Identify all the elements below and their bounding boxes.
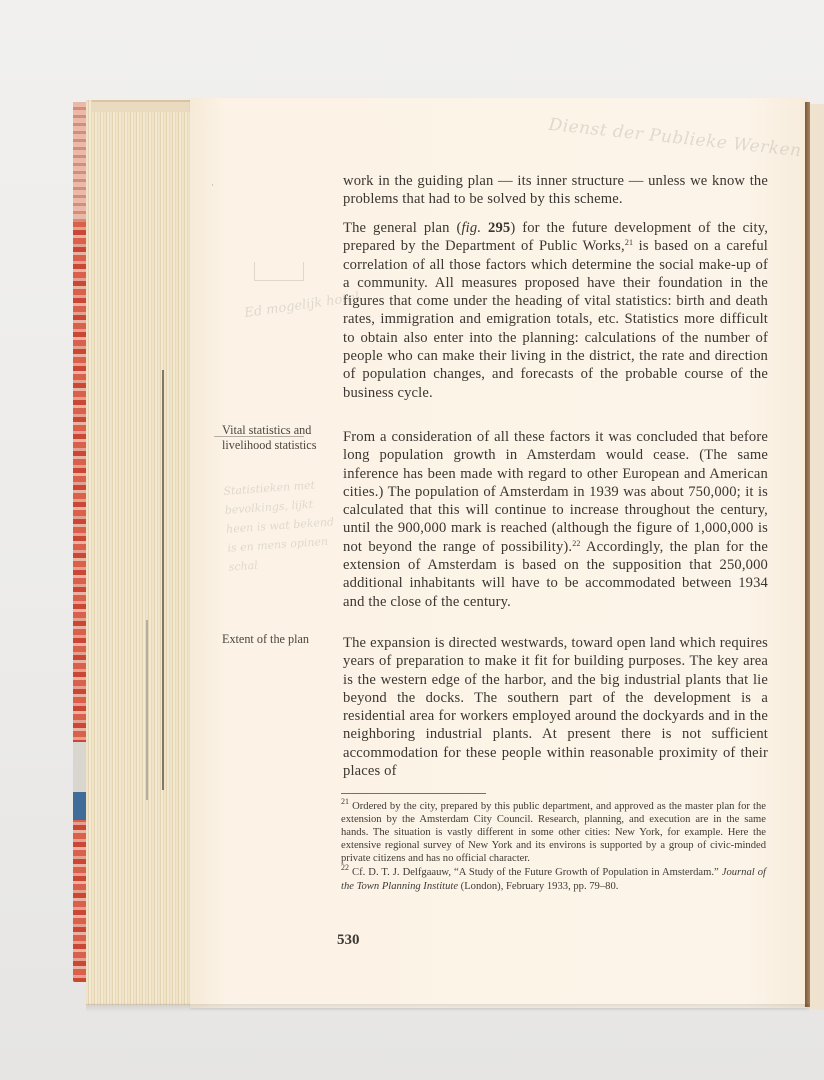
footnote-reference[interactable]: 22 <box>572 539 580 548</box>
book-shadow <box>86 1004 810 1012</box>
figure-reference[interactable]: 295 <box>488 220 510 236</box>
side-note-vital-statistics: Vital statistics and livelihood statisti… <box>222 423 332 452</box>
handwritten-bracket-mark <box>254 262 304 281</box>
side-note-label: Vital statistics and livelihood statisti… <box>222 423 316 452</box>
body-paragraph: work in the guiding plan — its inner str… <box>343 172 768 209</box>
page-stack-top-edge <box>92 100 192 112</box>
figure-label: fig. <box>461 220 481 236</box>
body-paragraph: From a consideration of all these factor… <box>343 428 768 611</box>
footnote-text: (London), February 1933, pp. 79–80. <box>458 881 618 892</box>
handwritten-note-margin: Statistieken met bevolkings, lijkt heen … <box>223 474 339 576</box>
footnote-number: 22 <box>341 863 349 872</box>
footnote-reference[interactable]: 21 <box>625 238 633 247</box>
footnote-divider <box>341 793 486 794</box>
pencil-underline <box>214 436 304 437</box>
body-paragraph: The expansion is directed westwards, tow… <box>343 634 768 780</box>
paragraph-text: From a consideration of all these factor… <box>343 429 768 555</box>
bookmark-line <box>162 370 164 790</box>
footnote-22: 22 Cf. D. T. J. Delfgaauw, “A Study of t… <box>341 866 766 892</box>
footnote-text: Ordered by the city, prepared by this pu… <box>341 801 766 864</box>
footnotes: 21 Ordered by the city, prepared by this… <box>341 800 766 893</box>
footnote-text: Cf. D. T. J. Delfgaauw, “A Study of the … <box>349 867 722 878</box>
footnote-number: 21 <box>341 797 349 806</box>
paragraph-text: is based on a careful correlation of all… <box>343 238 768 400</box>
page-edge-stack <box>86 100 198 1005</box>
bookmark-line <box>146 620 148 800</box>
pencil-mark: · <box>211 180 214 190</box>
side-note-extent-of-plan: Extent of the plan <box>222 632 332 647</box>
page-number: 530 <box>337 932 360 949</box>
side-note-label: Extent of the plan <box>222 632 309 646</box>
paragraph-text: The general plan ( <box>343 220 461 236</box>
footnote-21: 21 Ordered by the city, prepared by this… <box>341 800 766 865</box>
facing-page-edge <box>810 104 824 1009</box>
body-paragraph: The general plan (fig. 295) for the futu… <box>343 219 768 402</box>
